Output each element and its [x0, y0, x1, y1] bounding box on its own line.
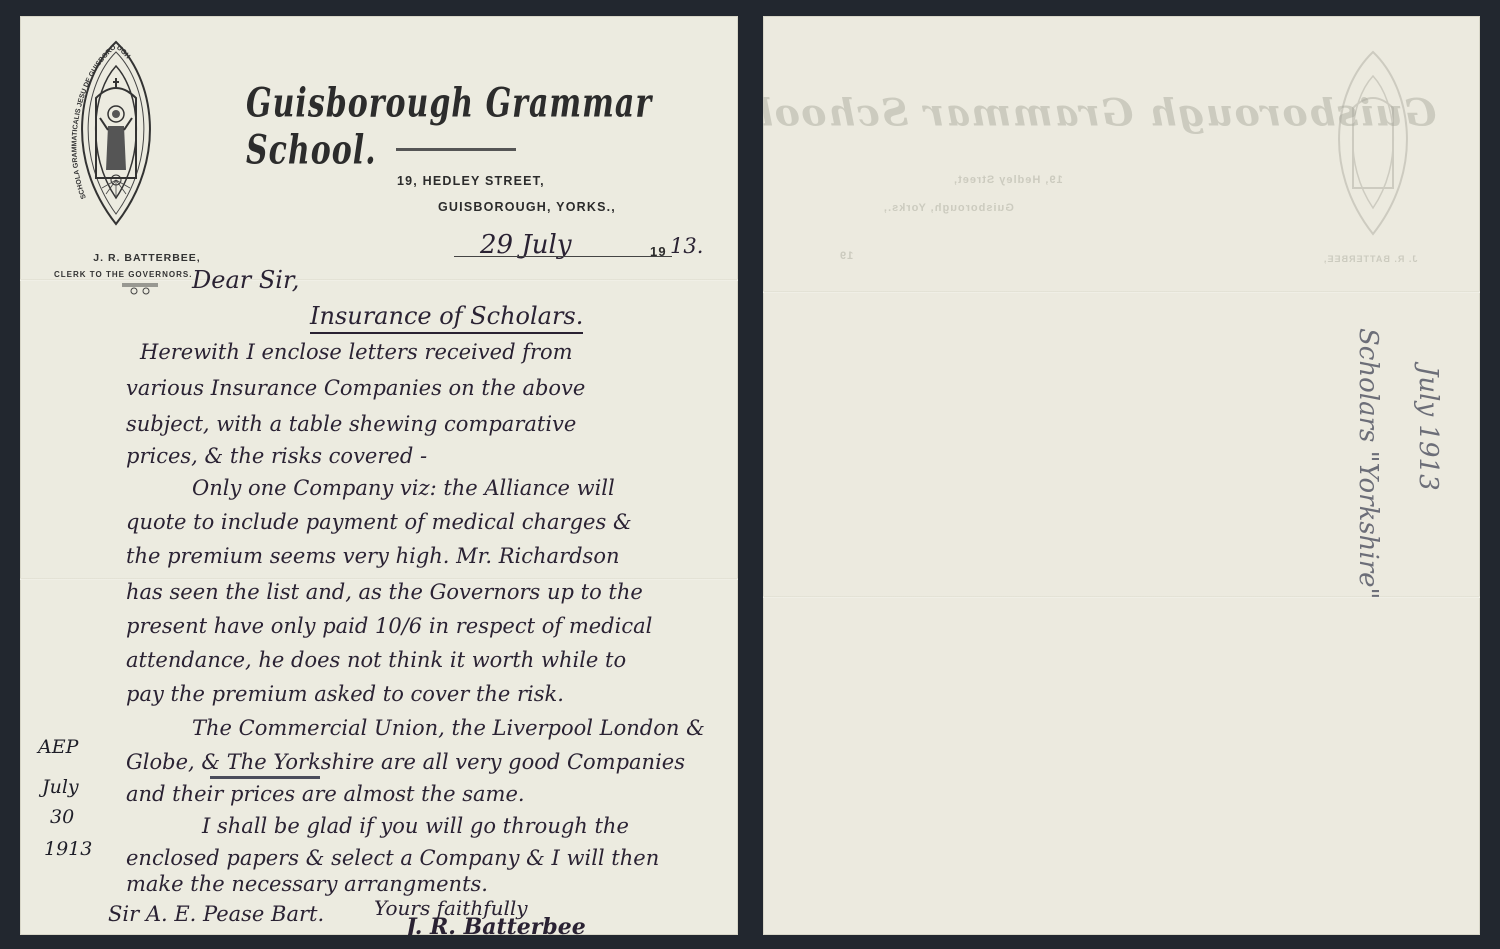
- body-line: Only one Company viz: the Alliance will: [192, 476, 615, 500]
- address-line-1: 19, Hedley Street,: [397, 174, 545, 188]
- body-line: I shall be glad if you will go through t…: [202, 814, 629, 838]
- body-line: enclosed papers & select a Company & I w…: [126, 846, 659, 870]
- letterhead-rule: [396, 148, 516, 151]
- margin-initials: AEP: [38, 736, 78, 758]
- svg-text:SCHOLA GRAMMATICALIS JESU DE G: SCHOLA GRAMMATICALIS JESU DE GUISBOROUGH: [71, 44, 131, 200]
- body-line: subject, with a table shewing comparativ…: [126, 412, 576, 436]
- letter-subject: Insurance of Scholars.: [310, 302, 583, 334]
- salutation: Dear Sir,: [192, 266, 299, 294]
- clerk-name: J. R. BATTERBEE,: [62, 252, 232, 264]
- body-line: has seen the list and, as the Governors …: [126, 580, 643, 604]
- show-through-seal-icon: [1321, 48, 1425, 238]
- body-line: Herewith I enclose letters received from: [140, 340, 573, 364]
- body-line: pay the premium asked to cover the risk.: [126, 682, 564, 706]
- body-line: various Insurance Companies on the above: [126, 376, 585, 400]
- date-rule: [454, 256, 672, 257]
- body-line: Globe, & The Yorkshire are all very good…: [126, 750, 685, 774]
- show-through-clerk-name: J. R. BATTERBEE,: [1323, 254, 1417, 264]
- show-through-address-1: 19, Hedley Street,: [953, 174, 1063, 186]
- school-name-heading: Guisborough Grammar School.: [246, 80, 686, 175]
- show-through-address-2: Guisborough, Yorks.,: [883, 202, 1014, 214]
- letter-front-page: SCHOLA GRAMMATICALIS JESU DE GUISBOROUGH…: [20, 16, 738, 935]
- ornament-icon: [122, 282, 158, 296]
- body-line: make the necessary arrangments.: [126, 872, 488, 896]
- pencil-docket-date: July 1913: [1413, 366, 1443, 491]
- show-through-year: 19: [839, 250, 853, 262]
- body-line: The Commercial Union, the Liverpool Lond…: [192, 716, 705, 740]
- addressee: Sir A. E. Pease Bart.: [108, 902, 324, 926]
- body-line: the premium seems very high. Mr. Richard…: [126, 544, 620, 568]
- body-line: attendance, he does not think it worth w…: [126, 648, 626, 672]
- address-line-2: Guisborough, Yorks.,: [438, 200, 616, 214]
- pencil-docket-subject: Scholars "Yorkshire": [1353, 328, 1383, 600]
- margin-year: 1913: [44, 838, 92, 860]
- fold-line-upper: [763, 291, 1480, 293]
- fold-line-upper: [20, 279, 738, 281]
- date-year-suffix: 13.: [670, 234, 703, 258]
- signature: J. R. Batterbee: [406, 914, 586, 935]
- margin-day: 30: [50, 806, 74, 828]
- margin-month: July: [42, 776, 79, 798]
- body-line: present have only paid 10/6 in respect o…: [126, 614, 652, 638]
- yorkshire-underline: [210, 774, 320, 779]
- body-line: quote to include payment of medical char…: [126, 510, 632, 534]
- letter-back-page: Guisborough Grammar School. 19, Hedley S…: [763, 16, 1480, 935]
- body-line: prices, & the risks covered -: [126, 444, 427, 468]
- body-line: and their prices are almost the same.: [126, 782, 525, 806]
- school-seal-icon: SCHOLA GRAMMATICALIS JESU DE GUISBOROUGH: [64, 38, 168, 228]
- date-year-prefix: 19: [650, 244, 667, 259]
